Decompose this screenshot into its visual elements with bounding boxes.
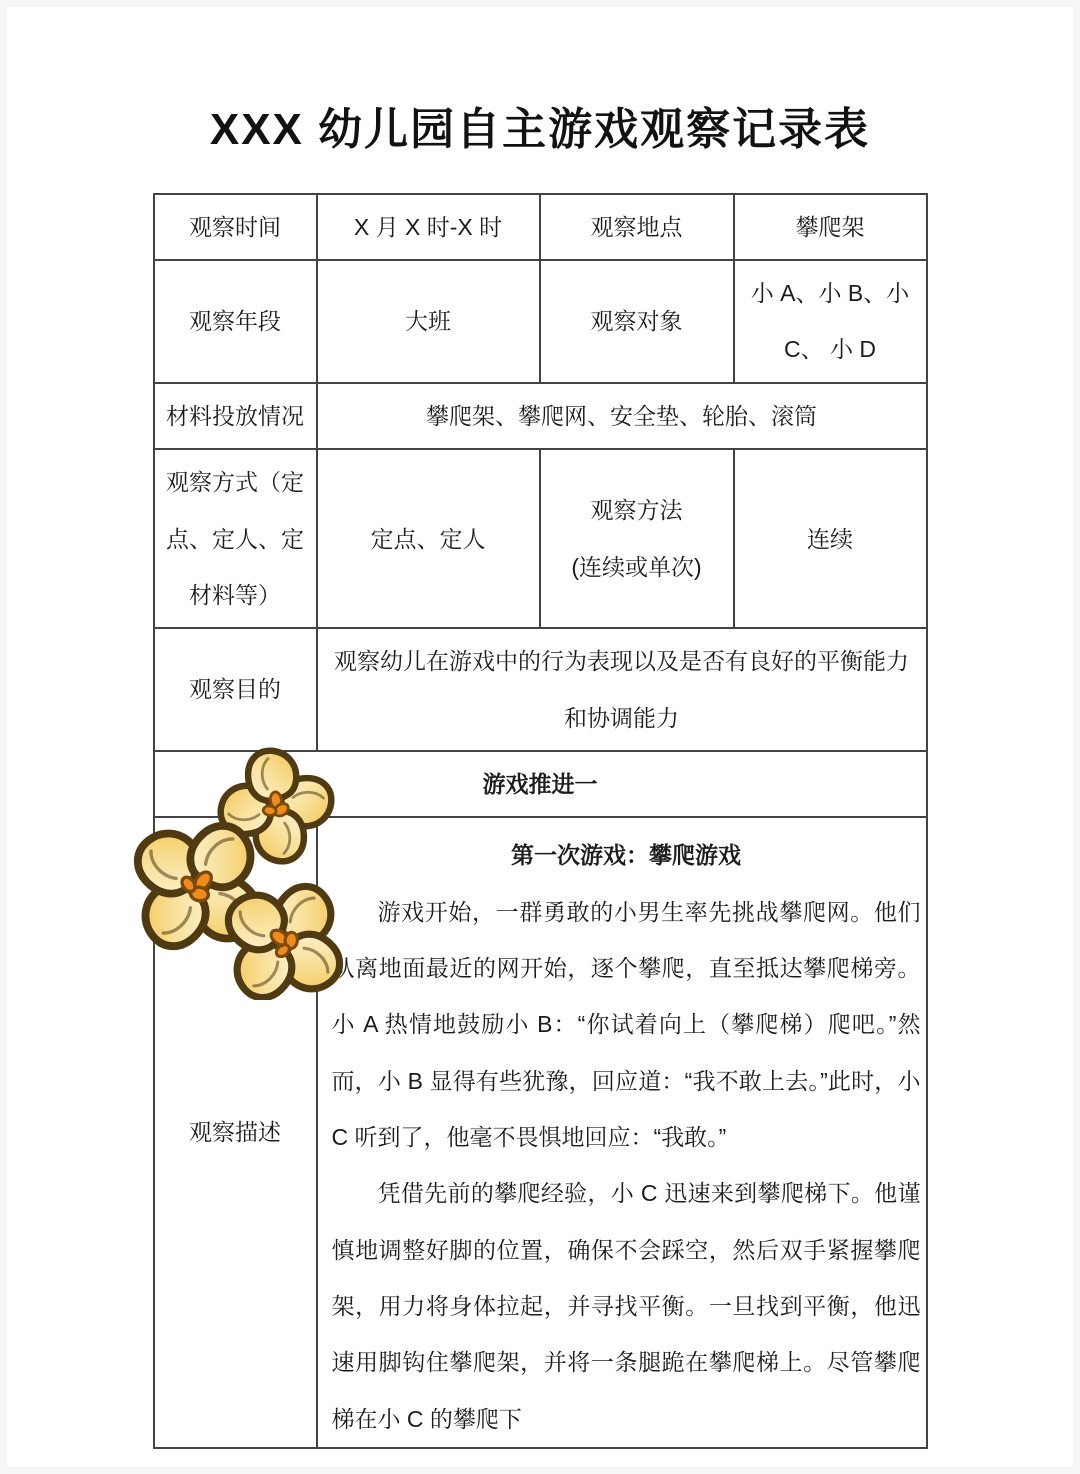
grade-value: 大班 <box>317 260 540 383</box>
observation-approach-label: 观察方法 (连续或单次) <box>540 449 734 628</box>
observation-place-label: 观察地点 <box>540 194 734 260</box>
purpose-label: 观察目的 <box>154 628 317 751</box>
table-row: 观察时间 X 月 X 时-X 时 观察地点 攀爬架 <box>154 194 927 260</box>
observation-target-value: 小 A、小 B、小 C、 小 D <box>734 260 927 383</box>
table-row: 观察年段 大班 观察对象 小 A、小 B、小 C、 小 D <box>154 260 927 383</box>
description-content: 第一次游戏：攀爬游戏 游戏开始，一群勇敢的小男生率先挑战攀爬网。他们从离地面最近… <box>317 817 927 1448</box>
observation-time-label: 观察时间 <box>154 194 317 260</box>
purpose-value: 观察幼儿在游戏中的行为表现以及是否有良好的平衡能力和协调能力 <box>317 628 927 751</box>
observation-place-value: 攀爬架 <box>734 194 927 260</box>
observation-time-value: X 月 X 时-X 时 <box>317 194 540 260</box>
table-row: 观察方式（定点、定人、定材料等） 定点、定人 观察方法 (连续或单次) 连续 <box>154 449 927 628</box>
description-paragraph: 凭借先前的攀爬经验，小 C 迅速来到攀爬梯下。他谨慎地调整好脚的位置，确保不会踩… <box>332 1165 921 1447</box>
observation-target-label: 观察对象 <box>540 260 734 383</box>
materials-value: 攀爬架、攀爬网、安全垫、轮胎、滚筒 <box>317 383 927 449</box>
observation-method-value: 定点、定人 <box>317 449 540 628</box>
page-title: XXX 幼儿园自主游戏观察记录表 <box>0 0 1080 157</box>
materials-label: 材料投放情况 <box>154 383 317 449</box>
flower-illustration <box>124 738 364 1000</box>
observation-approach-value: 连续 <box>734 449 927 628</box>
grade-label: 观察年段 <box>154 260 317 383</box>
description-paragraph: 游戏开始，一群勇敢的小男生率先挑战攀爬网。他们从离地面最近的网开始，逐个攀爬，直… <box>332 884 921 1166</box>
observation-method-label: 观察方式（定点、定人、定材料等） <box>154 449 317 628</box>
table-row: 观察目的 观察幼儿在游戏中的行为表现以及是否有良好的平衡能力和协调能力 <box>154 628 927 751</box>
first-game-heading: 第一次游戏：攀爬游戏 <box>332 827 921 883</box>
table-row: 材料投放情况 攀爬架、攀爬网、安全垫、轮胎、滚筒 <box>154 383 927 449</box>
